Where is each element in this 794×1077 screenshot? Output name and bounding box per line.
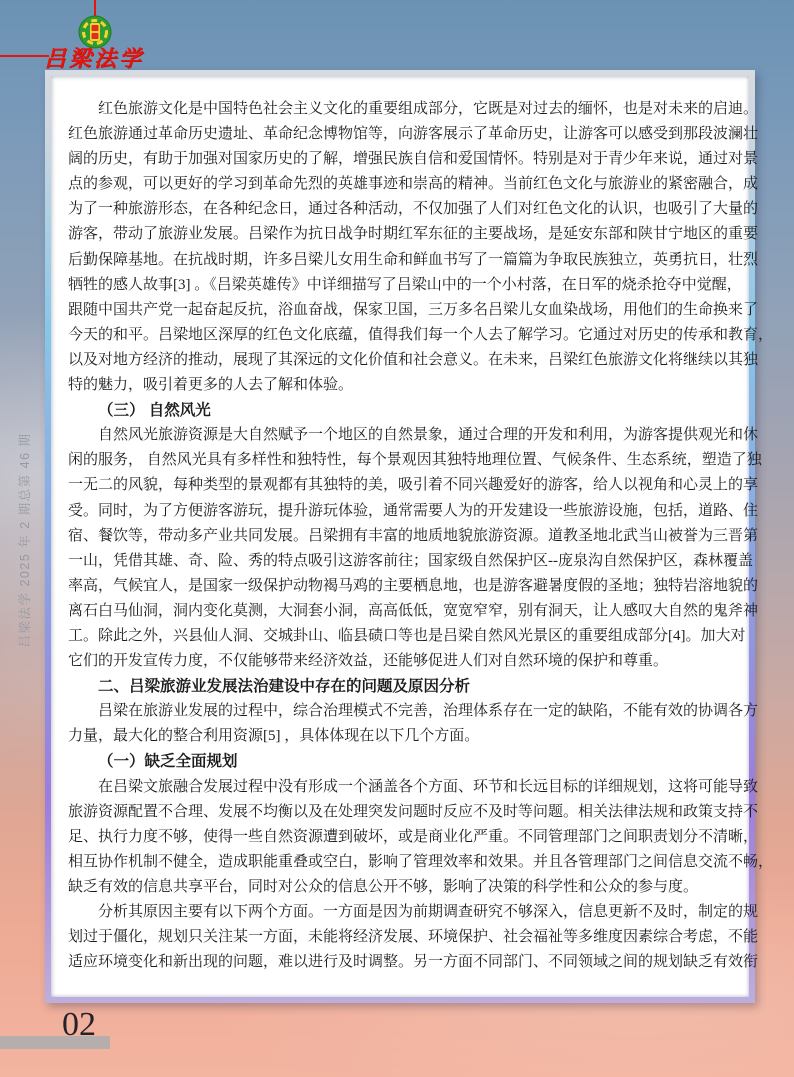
text-line: 吕梁在旅游业发展的过程中，综合治理模式不完善，治理体系存在一定的缺陷，不能有效的…: [68, 699, 730, 724]
article-body: 红色旅游文化是中国特色社会主义文化的重要组成部分，它既是对过去的缅怀，也是对未来…: [68, 97, 730, 975]
text-line: 在吕梁文旅融合发展过程中没有形成一个涵盖各个方面、环节和长远目标的详细规划，这将…: [68, 775, 730, 800]
text-line: 旅游资源配置不合理、发展不均衡以及在处理突发问题时反应不及时等问题。相关法律法规…: [68, 800, 730, 825]
heading-line: （一）缺乏全面规划: [68, 749, 730, 774]
page-number: 02: [62, 1006, 96, 1044]
text-line: 以及对地方经济的推动，展现了其深远的文化价值和社会意义。在未来，吕梁红色旅游文化…: [68, 348, 730, 373]
text-line: 相互协作机制不健全，造成职能重叠或空白，影响了管理效率和效果。并且各管理部门之间…: [68, 850, 730, 875]
text-line: 跟随中国共产党一起奋起反抗，浴血奋战，保家卫国，三万多名吕梁儿女血染战场，用他们…: [68, 298, 730, 323]
journal-brand-title: 吕梁法学: [44, 42, 156, 73]
header-horizontal-rule: [0, 55, 49, 57]
text-line: 工。除此之外，兴县仙人洞、交城卦山、临县碛口等也是吕梁自然风光景区的重要组成部分…: [68, 624, 730, 649]
heading-line: （三） 自然风光: [68, 398, 730, 423]
text-line: 红色旅游文化是中国特色社会主义文化的重要组成部分，它既是对过去的缅怀，也是对未来…: [68, 97, 730, 122]
text-line: 分析其原因主要有以下两个方面。一方面是因为前期调查研究不够深入，信息更新不及时，…: [68, 900, 730, 925]
article-page: 红色旅游文化是中国特色社会主义文化的重要组成部分，它既是对过去的缅怀，也是对未来…: [51, 76, 749, 997]
text-line: 为了一种旅游形态，在各种纪念日，通过各种活动，不仅加强了人们对红色文化的认识，也…: [68, 197, 730, 222]
text-line: 一无二的风貌，每种类型的景观都有其独特的美，吸引着不同兴趣爱好的游客，给人以视角…: [68, 473, 730, 498]
text-line: 宿、餐饮等，带动多产业共同发展。吕梁拥有丰富的地质地貌旅游资源。道教圣地北武当山…: [68, 524, 730, 549]
journal-page: { "journal": { "brand": "吕梁法学", "spine_t…: [0, 0, 794, 1077]
text-line: 点的参观，可以更好的学习到革命先烈的英雄事迹和崇高的精神。当前红色文化与旅游业的…: [68, 172, 730, 197]
text-line: 特的魅力，吸引着更多的人去了解和体验。: [68, 373, 730, 398]
page-frame: 红色旅游文化是中国特色社会主义文化的重要组成部分，它既是对过去的缅怀，也是对未来…: [45, 70, 755, 1003]
text-line: 足、执行力度不够，使得一些自然资源遭到破坏，或是商业化严重。不同管理部门之间职责…: [68, 825, 730, 850]
text-line: 受。同时，为了方便游客游玩，提升游玩体验，通常需要人为的开发建设一些旅游设施，包…: [68, 499, 730, 524]
text-line: 划过于僵化，规划只关注某一方面，未能将经济发展、环境保护、社会福祉等多维度因素综…: [68, 925, 730, 950]
text-line: 自然风光旅游资源是大自然赋予一个地区的自然景象，通过合理的开发和利用，为游客提供…: [68, 423, 730, 448]
text-line: 红色旅游通过革命历史遗址、革命纪念博物馆等，向游客展示了革命历史，让游客可以感受…: [68, 122, 730, 147]
text-line: 离石白马仙洞，洞内变化莫测，大洞套小洞，高高低低，宽宽窄窄，别有洞天，让人感叹大…: [68, 599, 730, 624]
text-line: 一山，凭借其雄、奇、险、秀的特点吸引这游客前往；国家级自然保护区--庞泉沟自然保…: [68, 549, 730, 574]
heading-line: 二、吕梁旅游业发展法治建设中存在的问题及原因分析: [68, 674, 730, 699]
spine-issue-label: 吕梁法学 2025 年 2 期总第 46 期: [15, 432, 33, 647]
text-line: 率高，气候宜人，是国家一级保护动物褐马鸡的主要栖息地，也是游客避暑度假的圣地；独…: [68, 574, 730, 599]
text-line: 阔的历史，有助于加强对国家历史的了解，增强民族自信和爱国情怀。特别是对于青少年来…: [68, 147, 730, 172]
text-line: 今天的和平。吕梁地区深厚的红色文化底蕴，值得我们每一个人去了解学习。它通过对历史…: [68, 323, 730, 348]
text-line: 闲的服务， 自然风光具有多样性和独特性，每个景观因其独特地理位置、气候条件、生态…: [68, 448, 730, 473]
text-line: 缺乏有效的信息共享平台，同时对公众的信息公开不够，影响了决策的科学性和公众的参与…: [68, 875, 730, 900]
text-line: 游客，带动了旅游业发展。吕梁作为抗日战争时期红军东征的主要战场，是延安东部和陕甘…: [68, 222, 730, 247]
text-line: 牺牲的感人故事[3] 。《吕梁英雄传》中详细描写了吕梁山中的一个小村落，在日军的…: [68, 273, 730, 298]
text-line: 后勤保障基地。在抗战时期，许多吕梁儿女用生命和鲜血书写了一篇篇为争取民族独立，英…: [68, 248, 730, 273]
text-line: 它们的开发宣传力度，不仅能够带来经济效益，还能够促进人们对自然环境的保护和尊重。: [68, 649, 730, 674]
text-line: 适应环境变化和新出现的问题，难以进行及时调整。另一方面不同部门、不同领域之间的规…: [68, 950, 730, 975]
text-line: 力量，最大化的整合利用资源[5] ，具体体现在以下几个方面。: [68, 724, 730, 749]
